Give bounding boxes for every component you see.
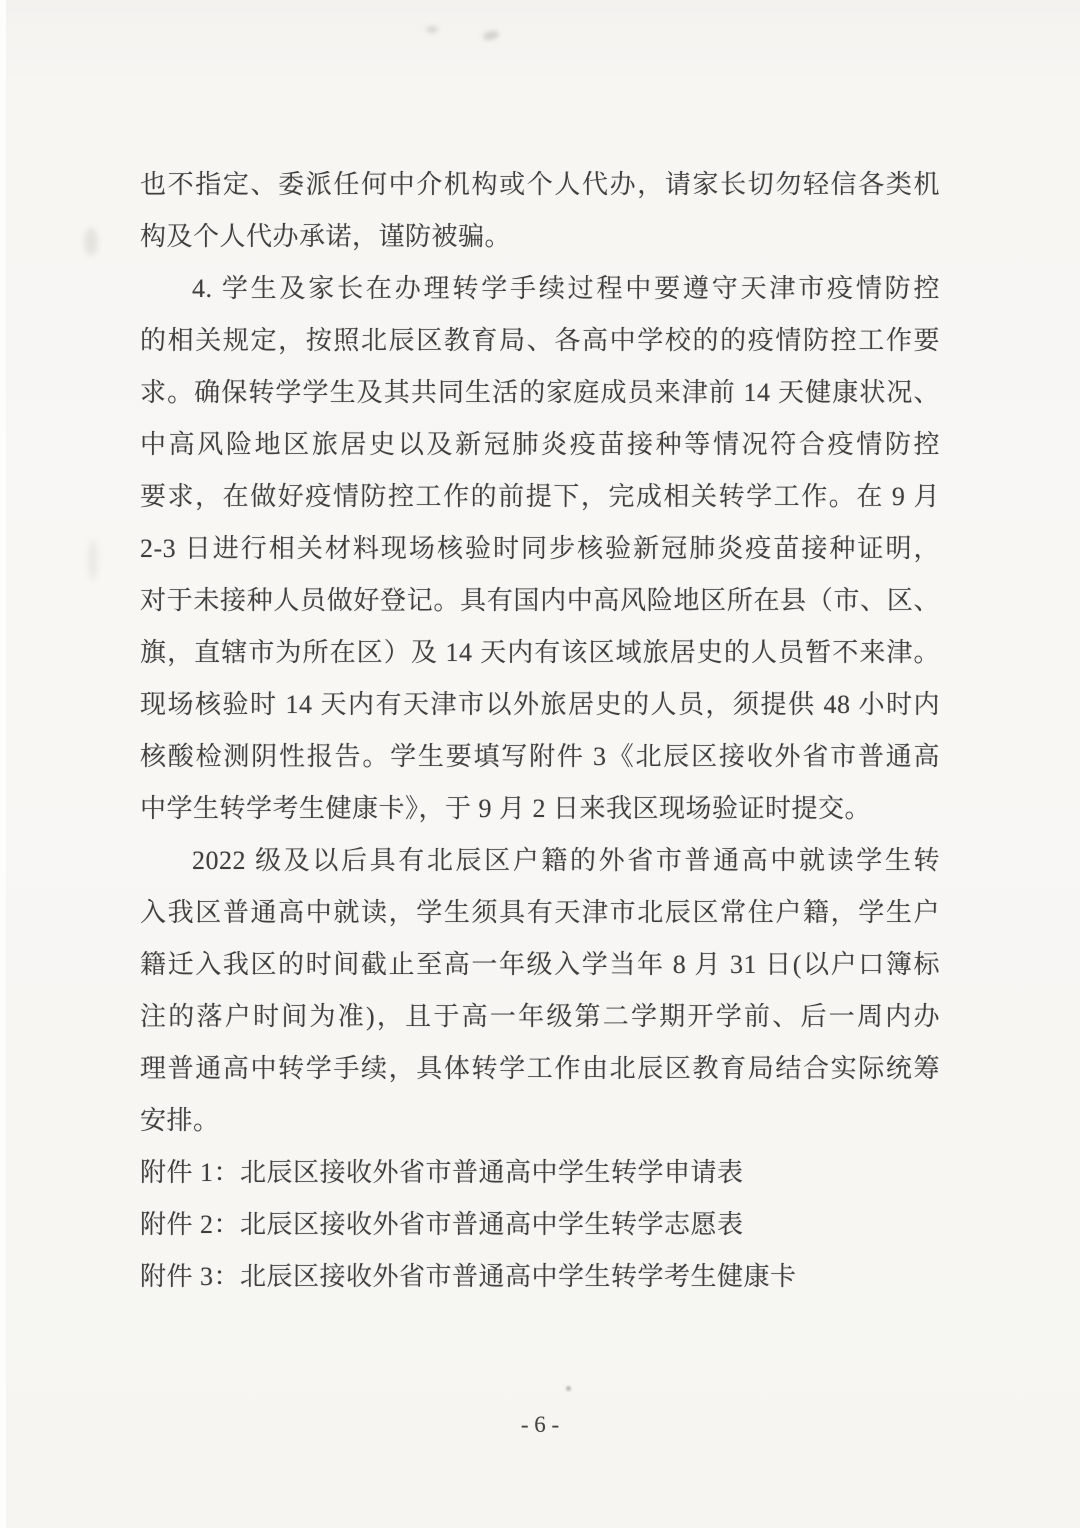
text-line: 构及个人代办承诺，谨防被骗。	[140, 211, 940, 263]
text-line: 注的落户时间为准)，且于高一年级第二学期开学前、后一周内办	[140, 991, 940, 1043]
page-number: - 6 -	[0, 1410, 1080, 1440]
text-line: 安排。	[140, 1095, 940, 1147]
scan-smudge	[88, 540, 98, 580]
text-line: 对于未接种人员做好登记。具有国内中高风险地区所在县（市、区、	[140, 575, 940, 627]
attachment-item: 附件 2：北辰区接收外省市普通高中学生转学志愿表	[140, 1199, 940, 1251]
text-line: 旗，直辖市为所在区）及 14 天内有该区域旅居史的人员暂不来津。	[140, 627, 940, 679]
text-line: 要求，在做好疫情防控工作的前提下，完成相关转学工作。在 9 月	[140, 471, 940, 523]
text-line: 入我区普通高中就读，学生须具有天津市北辰区常住户籍，学生户	[140, 887, 940, 939]
scan-smudge	[84, 228, 98, 256]
text-line: 求。确保转学学生及其共同生活的家庭成员来津前 14 天健康状况、	[140, 367, 940, 419]
attachment-item: 附件 3：北辰区接收外省市普通高中学生转学考生健康卡	[140, 1251, 940, 1303]
text-line: 籍迁入我区的时间截止至高一年级入学当年 8 月 31 日(以户口簿标	[140, 939, 940, 991]
attachment-list: 附件 1：北辰区接收外省市普通高中学生转学申请表附件 2：北辰区接收外省市普通高…	[140, 1147, 940, 1303]
text-line: 现场核验时 14 天内有天津市以外旅居史的人员，须提供 48 小时内	[140, 679, 940, 731]
text-line: 2022 级及以后具有北辰区户籍的外省市普通高中就读学生转	[140, 835, 940, 887]
text-line: 理普通高中转学手续，具体转学工作由北辰区教育局结合实际统筹	[140, 1043, 940, 1095]
paragraph-2: 4. 学生及家长在办理转学手续过程中要遵守天津市疫情防控的相关规定，按照北辰区教…	[140, 263, 940, 835]
text-line: 中高风险地区旅居史以及新冠肺炎疫苗接种等情况符合疫情防控	[140, 419, 940, 471]
text-line: 也不指定、委派任何中介机构或个人代办，请家长切勿轻信各类机	[140, 159, 940, 211]
paragraph-1: 也不指定、委派任何中介机构或个人代办，请家长切勿轻信各类机构及个人代办承诺，谨防…	[140, 159, 940, 263]
scan-edge-strip	[0, 0, 6, 1528]
paragraph-3: 2022 级及以后具有北辰区户籍的外省市普通高中就读学生转入我区普通高中就读，学…	[140, 835, 940, 1147]
document-body: 也不指定、委派任何中介机构或个人代办，请家长切勿轻信各类机构及个人代办承诺，谨防…	[140, 159, 940, 1303]
text-line: 核酸检测阴性报告。学生要填写附件 3《北辰区接收外省市普通高	[140, 731, 940, 783]
text-line: 中学生转学考生健康卡》，于 9 月 2 日来我区现场验证时提交。	[140, 783, 940, 835]
scanned-document-page: 也不指定、委派任何中介机构或个人代办，请家长切勿轻信各类机构及个人代办承诺，谨防…	[0, 0, 1080, 1528]
text-line: 的相关规定，按照北辰区教育局、各高中学校的的疫情防控工作要	[140, 315, 940, 367]
scan-speck	[566, 1386, 571, 1391]
scan-smudge	[426, 26, 438, 33]
text-line: 2-3 日进行相关材料现场核验时同步核验新冠肺炎疫苗接种证明，	[140, 523, 940, 575]
scan-smudge	[482, 29, 500, 42]
text-line: 4. 学生及家长在办理转学手续过程中要遵守天津市疫情防控	[140, 263, 940, 315]
attachment-item: 附件 1：北辰区接收外省市普通高中学生转学申请表	[140, 1147, 940, 1199]
